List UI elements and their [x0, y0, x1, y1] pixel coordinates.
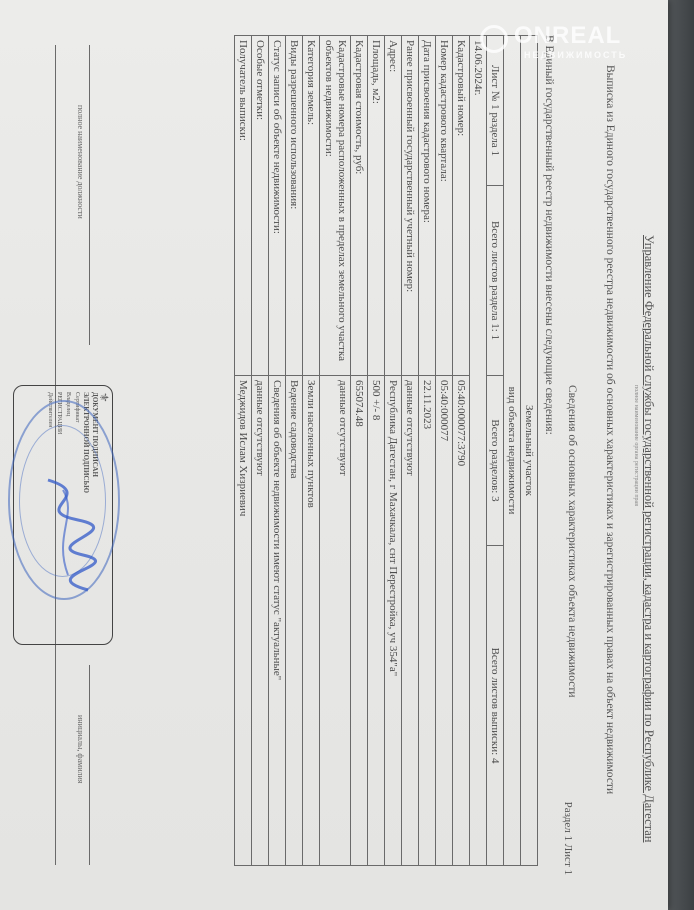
table-row: Кадастровая стоимость, руб: 655074.48 [351, 36, 368, 866]
row-value: данные отсутствуют [252, 376, 269, 866]
info-title: Сведения об основных характеристиках объ… [566, 385, 578, 698]
section-mark: Раздел 1 Лист 1 [562, 802, 574, 875]
table-row: Особые отметки: данные отсутствуют [252, 36, 269, 866]
row-label: Кадастровая стоимость, руб: [351, 36, 368, 376]
extract-title: Выписка из Единого государственного реес… [604, 65, 616, 794]
table-row: Категория земель: Земли населенных пункт… [303, 36, 320, 866]
table-row: Ранее присвоенный государственный учетны… [402, 36, 419, 866]
object-type-value: Земельный участок [521, 36, 538, 866]
row-value: Земли населенных пунктов [303, 376, 320, 866]
row-label: Кадастровые номера расположенных в преде… [320, 36, 351, 376]
characteristics-table: Земельный участок вид объекта недвижимос… [234, 35, 538, 866]
sheet-info-row: Лист № 1 раздела 1 Всего листов раздела … [487, 36, 504, 866]
row-value: Республика Дагестан, г Махачкала, снт Пе… [385, 376, 402, 866]
row-value: Меджидов Ислам Хизриевич [235, 376, 252, 866]
row-label: Адрес: [385, 36, 402, 376]
table-row: Площадь, м2: 500 +/- 8 [368, 36, 385, 866]
row-value: 655074.48 [351, 376, 368, 866]
row-value: 05:40:000077 [436, 376, 453, 866]
row-label: Номер кадастрового квартала: [436, 36, 453, 376]
table-row: Получатель выписки: Меджидов Ислам Хизри… [235, 36, 252, 866]
organization-name: Управление Федеральной службы государств… [641, 235, 656, 843]
row-label: Дата присвоения кадастрового номера: [419, 36, 436, 376]
table-row: Номер кадастрового квартала: 05:40:00007… [436, 36, 453, 866]
intro-text: В Единый государственный реестр недвижим… [543, 35, 555, 435]
row-label: Особые отметки: [252, 36, 269, 376]
name-caption: инициалы, фамилия [76, 715, 85, 783]
row-value: 500 +/- 8 [368, 376, 385, 866]
handwritten-signature-icon [18, 475, 108, 595]
onreal-logo-icon [480, 25, 508, 53]
extract-date: 14.06.2024г. [470, 36, 487, 866]
row-value: Сведения об объекте недвижимости имеют с… [269, 376, 286, 866]
watermark-brand: ONREAL [514, 22, 621, 49]
watermark-subtitle: НЕДВИЖИМОСТЬ [524, 50, 627, 60]
name-line [89, 665, 90, 865]
sections-total: Всего разделов: 3 [487, 376, 504, 546]
row-value: 22.11.2023 [419, 376, 436, 866]
row-value: данные отсутствуют [402, 376, 419, 866]
onreal-watermark: ONREAL НЕДВИЖИМОСТЬ [480, 22, 627, 60]
row-value: Ведение садоводства [286, 376, 303, 866]
row-label: Виды разрешенного использования: [286, 36, 303, 376]
object-type-row: Земельный участок [521, 36, 538, 866]
row-label: Ранее присвоенный государственный учетны… [402, 36, 419, 376]
cadastral-number-value: 05:40:000077:3790 [453, 376, 470, 866]
cadastral-number-label: Кадастровый номер: [453, 36, 470, 376]
position-caption: полное наименование должности [76, 105, 85, 219]
position-line [89, 45, 90, 345]
row-label: Категория земель: [303, 36, 320, 376]
table-row: Кадастровые номера расположенных в преде… [320, 36, 351, 866]
egrn-extract-page: Управление Федеральной службы государств… [0, 5, 668, 905]
table-row: Виды разрешенного использования: Ведение… [286, 36, 303, 866]
date-row: 14.06.2024г. [470, 36, 487, 866]
row-value: данные отсутствуют [320, 376, 351, 866]
object-type-caption-row: вид объекта недвижимости [504, 36, 521, 866]
sheets-in-section: Всего листов раздела 1: 1 [487, 186, 504, 376]
cadastral-number-row: Кадастровый номер: 05:40:000077:3790 [453, 36, 470, 866]
organization-caption: полное наименование органа регистрации п… [633, 385, 639, 506]
sheets-total: Всего листов выписки: 4 [487, 546, 504, 866]
object-type-caption: вид объекта недвижимости [504, 36, 521, 866]
table-row: Адрес: Республика Дагестан, г Махачкала,… [385, 36, 402, 866]
paper-sheet: Управление Федеральной службы государств… [0, 0, 668, 910]
row-label: Площадь, м2: [368, 36, 385, 376]
table-row: Дата присвоения кадастрового номера: 22.… [419, 36, 436, 866]
row-label: Статус записи об объекте недвижимости: [269, 36, 286, 376]
table-row: Статус записи об объекте недвижимости: С… [269, 36, 286, 866]
row-label: Получатель выписки: [235, 36, 252, 376]
